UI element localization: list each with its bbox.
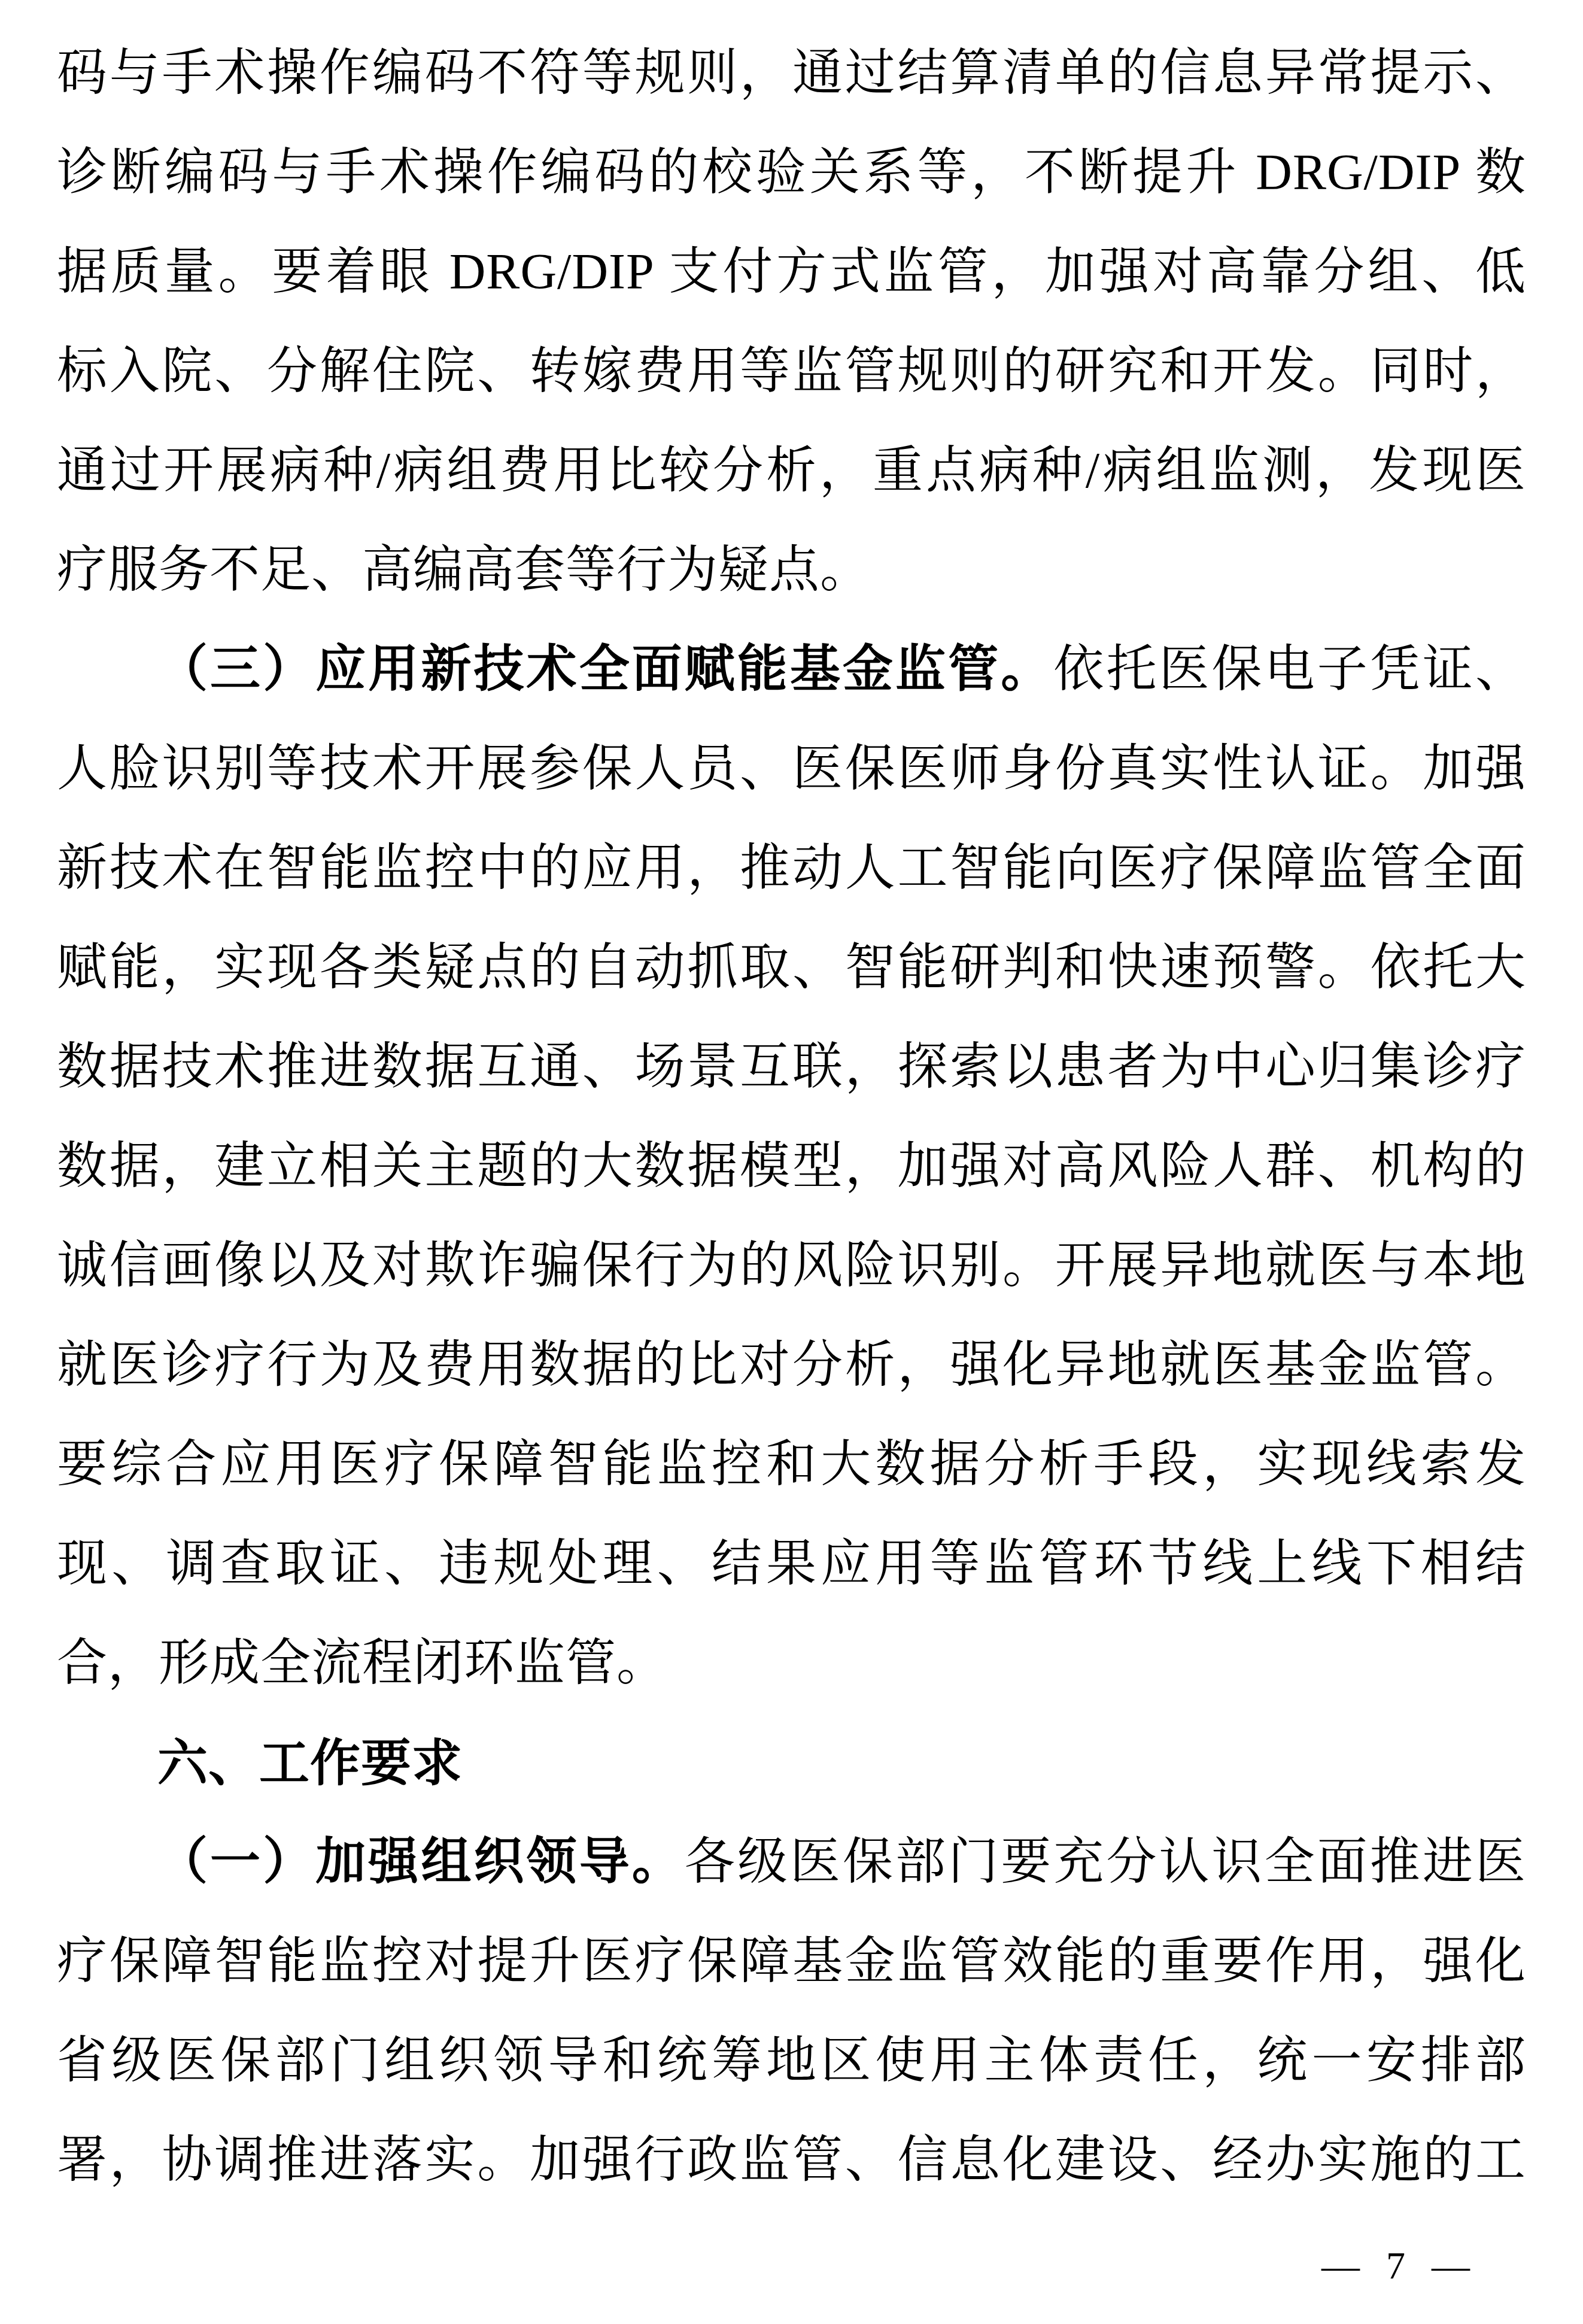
text-line: 省级医保部门组织领导和统筹地区使用主体责任，统一安排部 — [57, 2011, 1526, 2111]
text-segment: 码与手术操作编码不符等规则，通过结算清单的信息异常提示、 — [57, 45, 1526, 101]
text-segment: 疗服务不足、高编高套等行为疑点。 — [57, 542, 871, 598]
text-line: 码与手术操作编码不符等规则，通过结算清单的信息异常提示、 — [57, 24, 1526, 123]
text-segment: 就医诊疗行为及费用数据的比对分析，强化异地就医基金监管。 — [57, 1337, 1526, 1393]
text-line: 疗保障智能监控对提升医疗保障基金监管效能的重要作用，强化 — [57, 1912, 1526, 2011]
text-segment: 赋能，实现各类疑点的自动抓取、智能研判和快速预警。依托大 — [57, 940, 1526, 996]
text-line: 现、调查取证、违规处理、结果应用等监管环节线上线下相结 — [57, 1515, 1526, 1614]
text-line: 诚信画像以及对欺诈骗保行为的风险识别。开展异地就医与本地 — [57, 1216, 1526, 1316]
text-segment: 人脸识别等技术开展参保人员、医保医师身份真实性认证。加强 — [57, 741, 1526, 797]
text-line: 标入院、分解住院、转嫁费用等监管规则的研究和开发。同时， — [57, 322, 1526, 421]
text-segment: 新技术在智能监控中的应用，推动人工智能向医疗保障监管全面 — [57, 841, 1526, 896]
text-line: 合，形成全流程闭环监管。 — [57, 1614, 1526, 1713]
text-line: 署，协调推进落实。加强行政监管、信息化建设、经办实施的工 — [57, 2111, 1526, 2210]
text-line: 数据技术推进数据互通、场景互联，探索以患者为中心归集诊疗 — [57, 1018, 1526, 1117]
page-number: — 7 — — [1321, 2236, 1478, 2296]
text-line: 人脸识别等技术开展参保人员、医保医师身份真实性认证。加强 — [57, 720, 1526, 819]
text-segment: 各级医保部门要充分认识全面推进医 — [685, 1834, 1526, 1890]
text-segment: 标入院、分解住院、转嫁费用等监管规则的研究和开发。同时， — [57, 344, 1526, 399]
text-segment: 省级医保部门组织领导和统筹地区使用主体责任，统一安排部 — [57, 2033, 1526, 2089]
text-segment: 合，形成全流程闭环监管。 — [57, 1636, 667, 1691]
text-line: 通过开展病种/病组费用比较分析，重点病种/病组监测，发现医 — [57, 421, 1526, 521]
text-line: 据质量。要着眼 DRG/DIP 支付方式监管，加强对高靠分组、低 — [57, 223, 1526, 322]
text-segment: 诊断编码与手术操作编码的校验关系等，不断提升 DRG/DIP 数 — [57, 145, 1526, 201]
text-segment: 署，协调推进落实。加强行政监管、信息化建设、经办实施的工 — [57, 2132, 1526, 2188]
text-line: （一）加强组织领导。各级医保部门要充分认识全面推进医 — [57, 1813, 1526, 1912]
text-line: 要综合应用医疗保障智能监控和大数据分析手段，实现线索发 — [57, 1415, 1526, 1515]
text-line: 新技术在智能监控中的应用，推动人工智能向医疗保障监管全面 — [57, 819, 1526, 918]
text-segment: 诚信画像以及对欺诈骗保行为的风险识别。开展异地就医与本地 — [57, 1238, 1526, 1294]
text-segment: 要综合应用医疗保障智能监控和大数据分析手段，实现线索发 — [57, 1437, 1526, 1492]
text-segment-bold: （三）应用新技术全面赋能基金监管。 — [157, 642, 1053, 697]
text-segment: 据质量。要着眼 DRG/DIP 支付方式监管，加强对高靠分组、低 — [57, 244, 1526, 300]
text-segment-bold: 六、工作要求 — [157, 1735, 463, 1791]
text-line: （三）应用新技术全面赋能基金监管。依托医保电子凭证、 — [57, 620, 1526, 720]
text-line: 疗服务不足、高编高套等行为疑点。 — [57, 521, 1526, 620]
text-segment: 通过开展病种/病组费用比较分析，重点病种/病组监测，发现医 — [57, 443, 1526, 499]
document-body: 码与手术操作编码不符等规则，通过结算清单的信息异常提示、诊断编码与手术操作编码的… — [57, 24, 1526, 2210]
text-line: 六、工作要求 — [57, 1713, 1526, 1813]
text-line: 数据，建立相关主题的大数据模型，加强对高风险人群、机构的 — [57, 1117, 1526, 1216]
document-page: 码与手术操作编码不符等规则，通过结算清单的信息异常提示、诊断编码与手术操作编码的… — [0, 0, 1583, 2324]
text-line: 就医诊疗行为及费用数据的比对分析，强化异地就医基金监管。 — [57, 1316, 1526, 1415]
text-line: 赋能，实现各类疑点的自动抓取、智能研判和快速预警。依托大 — [57, 918, 1526, 1018]
text-segment: 数据，建立相关主题的大数据模型，加强对高风险人群、机构的 — [57, 1139, 1526, 1194]
text-line: 诊断编码与手术操作编码的校验关系等，不断提升 DRG/DIP 数 — [57, 123, 1526, 223]
text-segment: 数据技术推进数据互通、场景互联，探索以患者为中心归集诊疗 — [57, 1039, 1526, 1095]
text-segment-bold: （一）加强组织领导。 — [157, 1834, 685, 1890]
text-segment: 依托医保电子凭证、 — [1053, 642, 1526, 697]
text-segment: 疗保障智能监控对提升医疗保障基金监管效能的重要作用，强化 — [57, 1934, 1526, 1989]
text-segment: 现、调查取证、违规处理、结果应用等监管环节线上线下相结 — [57, 1536, 1526, 1592]
